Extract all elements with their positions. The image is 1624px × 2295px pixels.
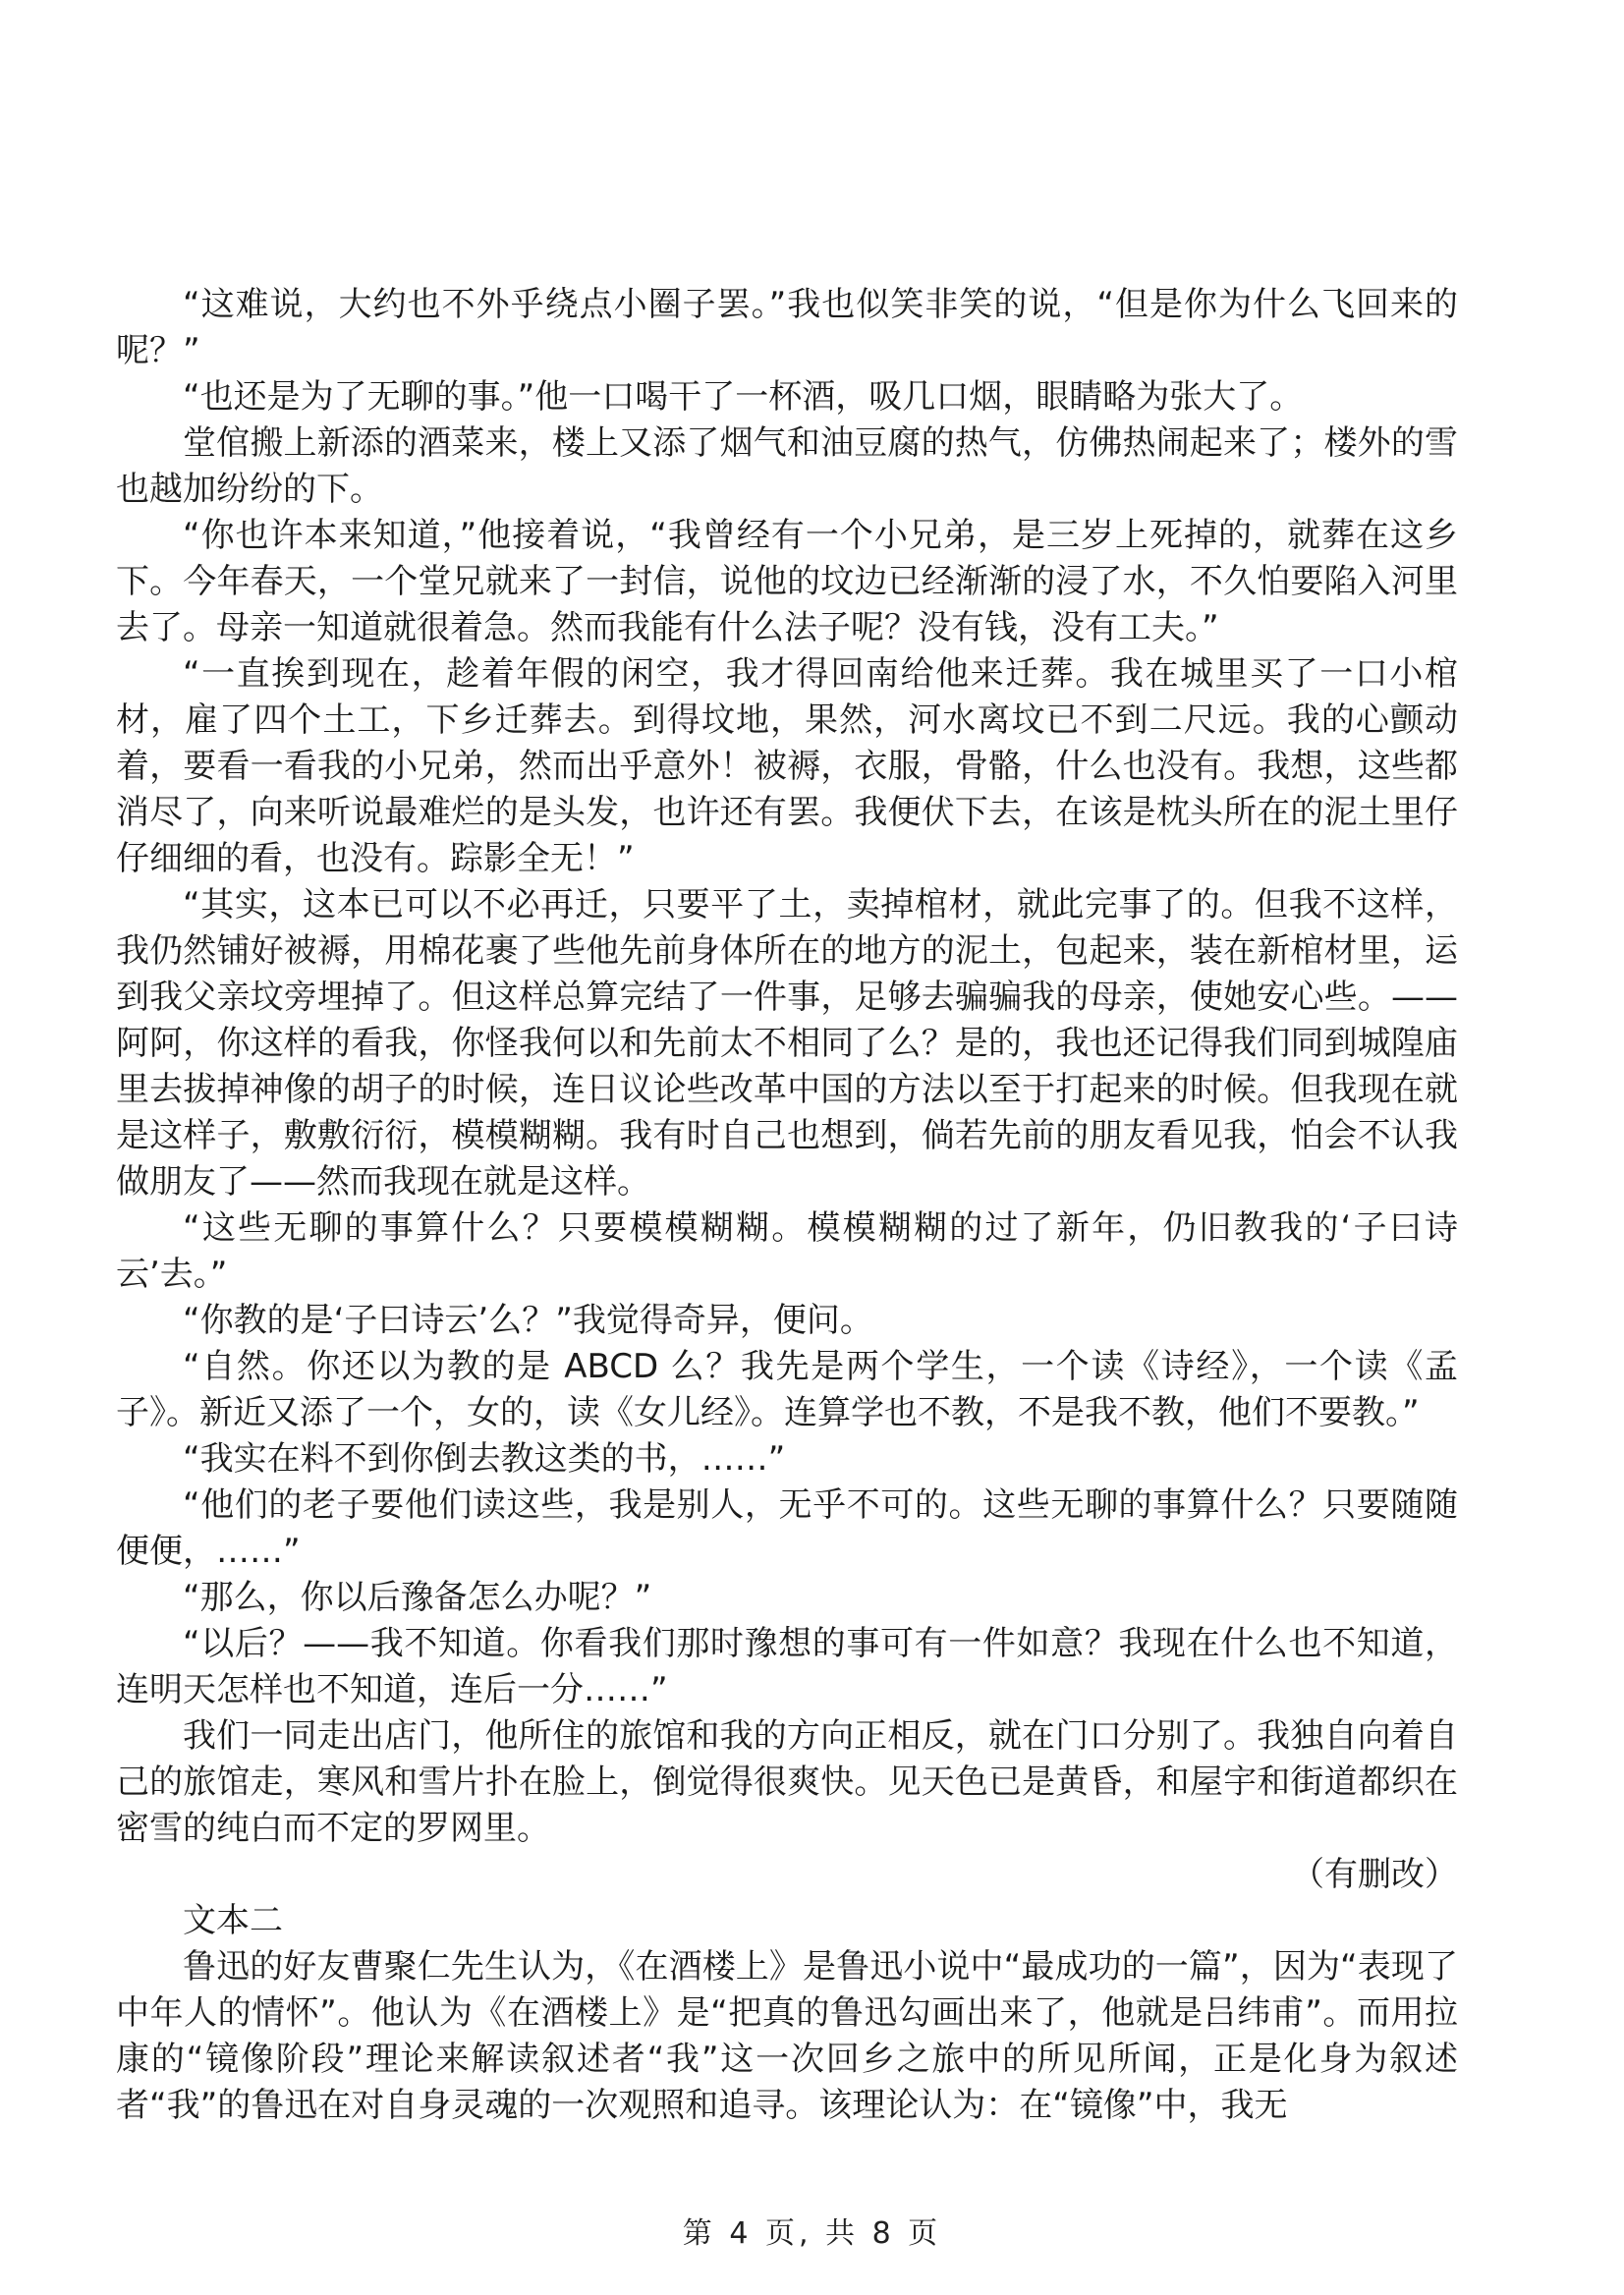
passage-text-two: 鲁迅的好友曹聚仁先生认为，《在酒楼上》是鲁迅小说中“最成功的一篇”，因为“表现了…: [116, 1944, 1458, 2129]
passage-text-one: “这难说，大约也不外乎绕点小圈子罢。”我也似笑非笑的说，“但是你为什么飞回来的呢…: [116, 282, 1458, 1852]
page-content: “这难说，大约也不外乎绕点小圈子罢。”我也似笑非笑的说，“但是你为什么飞回来的呢…: [116, 282, 1458, 2129]
paragraph: 我们一同走出店门，他所住的旅馆和我的方向正相反，就在门口分别了。我独自向着自己的…: [116, 1713, 1458, 1852]
page-number-footer: 第 4 页, 共 8 页: [0, 2209, 1624, 2252]
paragraph: “他们的老子要他们读这些，我是别人，无乎不可的。这些无聊的事算什么？只要随随便便…: [116, 1483, 1458, 1575]
paragraph: “这些无聊的事算什么？只要模模糊糊。模模糊糊的过了新年，仍旧教我的‘子曰诗云’去…: [116, 1205, 1458, 1298]
document-page: “这难说，大约也不外乎绕点小圈子罢。”我也似笑非笑的说，“但是你为什么飞回来的呢…: [0, 0, 1624, 2295]
paragraph: “一直挨到现在，趁着年假的闲空，我才得回南给他来迁葬。我在城里买了一口小棺材，雇…: [116, 651, 1458, 882]
paragraph: 鲁迅的好友曹聚仁先生认为，《在酒楼上》是鲁迅小说中“最成功的一篇”，因为“表现了…: [116, 1944, 1458, 2129]
paragraph: “也还是为了无聊的事。”他一口喝干了一杯酒，吸几口烟，眼睛略为张大了。: [116, 374, 1458, 420]
paragraph: “自然。你还以为教的是 ABCD 么？我先是两个学生，一个读《诗经》，一个读《孟…: [116, 1344, 1458, 1436]
paragraph: “你也许本来知道，”他接着说，“我曾经有一个小兄弟，是三岁上死掉的，就葬在这乡下…: [116, 513, 1458, 651]
paragraph: “以后？——我不知道。你看我们那时豫想的事可有一件如意？我现在什么也不知道，连明…: [116, 1621, 1458, 1713]
paragraph: “这难说，大约也不外乎绕点小圈子罢。”我也似笑非笑的说，“但是你为什么飞回来的呢…: [116, 282, 1458, 374]
paragraph: “我实在料不到你倒去教这类的书，……”: [116, 1436, 1458, 1483]
paragraph: “你教的是‘子曰诗云’么？”我觉得奇异，便问。: [116, 1298, 1458, 1344]
paragraph: “那么，你以后豫备怎么办呢？”: [116, 1575, 1458, 1621]
source-note: （有删改）: [116, 1852, 1458, 1898]
paragraph: 堂倌搬上新添的酒菜来，楼上又添了烟气和油豆腐的热气，仿佛热闹起来了；楼外的雪也越…: [116, 420, 1458, 513]
section-label-text-two: 文本二: [116, 1898, 1458, 1944]
paragraph: “其实，这本已可以不必再迁，只要平了土，卖掉棺材，就此完事了的。但我不这样，我仍…: [116, 882, 1458, 1205]
